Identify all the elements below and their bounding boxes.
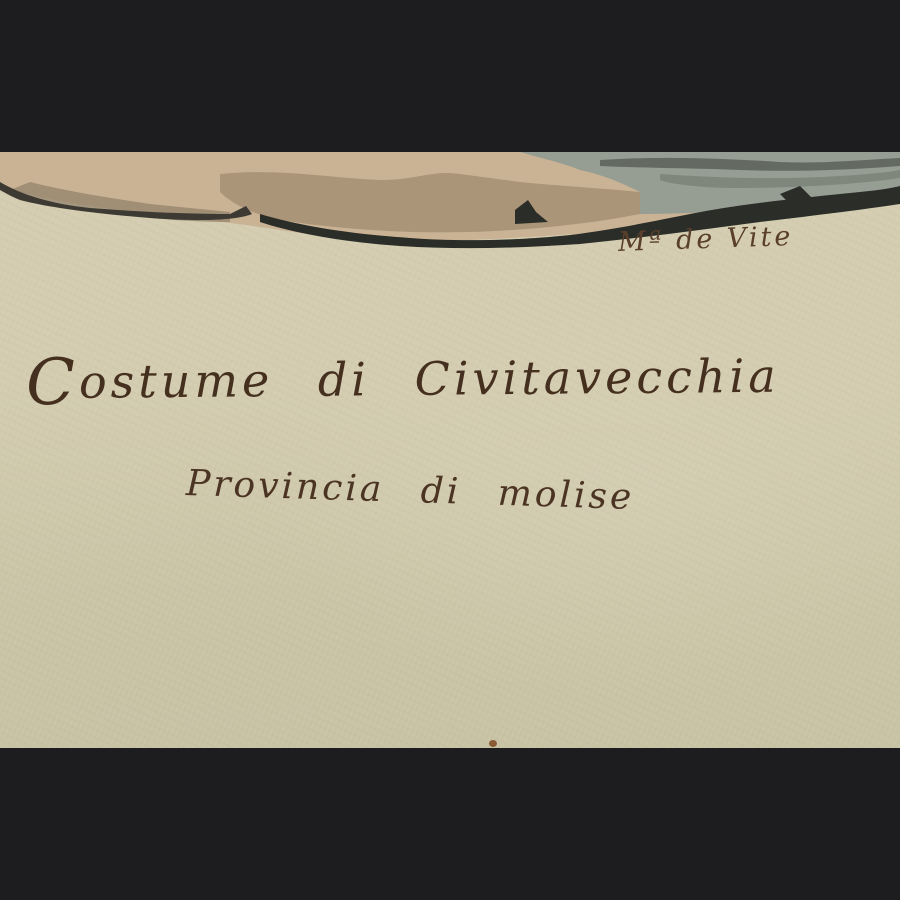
artist-signature: Mª de Vite bbox=[618, 221, 794, 258]
caption-title: Costume di Civitavecchia bbox=[26, 345, 780, 416]
caption-title-rest: ostume di Civitavecchia bbox=[79, 349, 780, 409]
document-photo: Mª de Vite Costume di Civitavecchia Prov… bbox=[0, 152, 900, 748]
ink-spot bbox=[489, 740, 497, 747]
caption-subtitle: Provincia di molise bbox=[185, 463, 634, 518]
letterbox-frame: Mª de Vite Costume di Civitavecchia Prov… bbox=[0, 0, 900, 900]
caption-title-initial: C bbox=[26, 346, 80, 420]
